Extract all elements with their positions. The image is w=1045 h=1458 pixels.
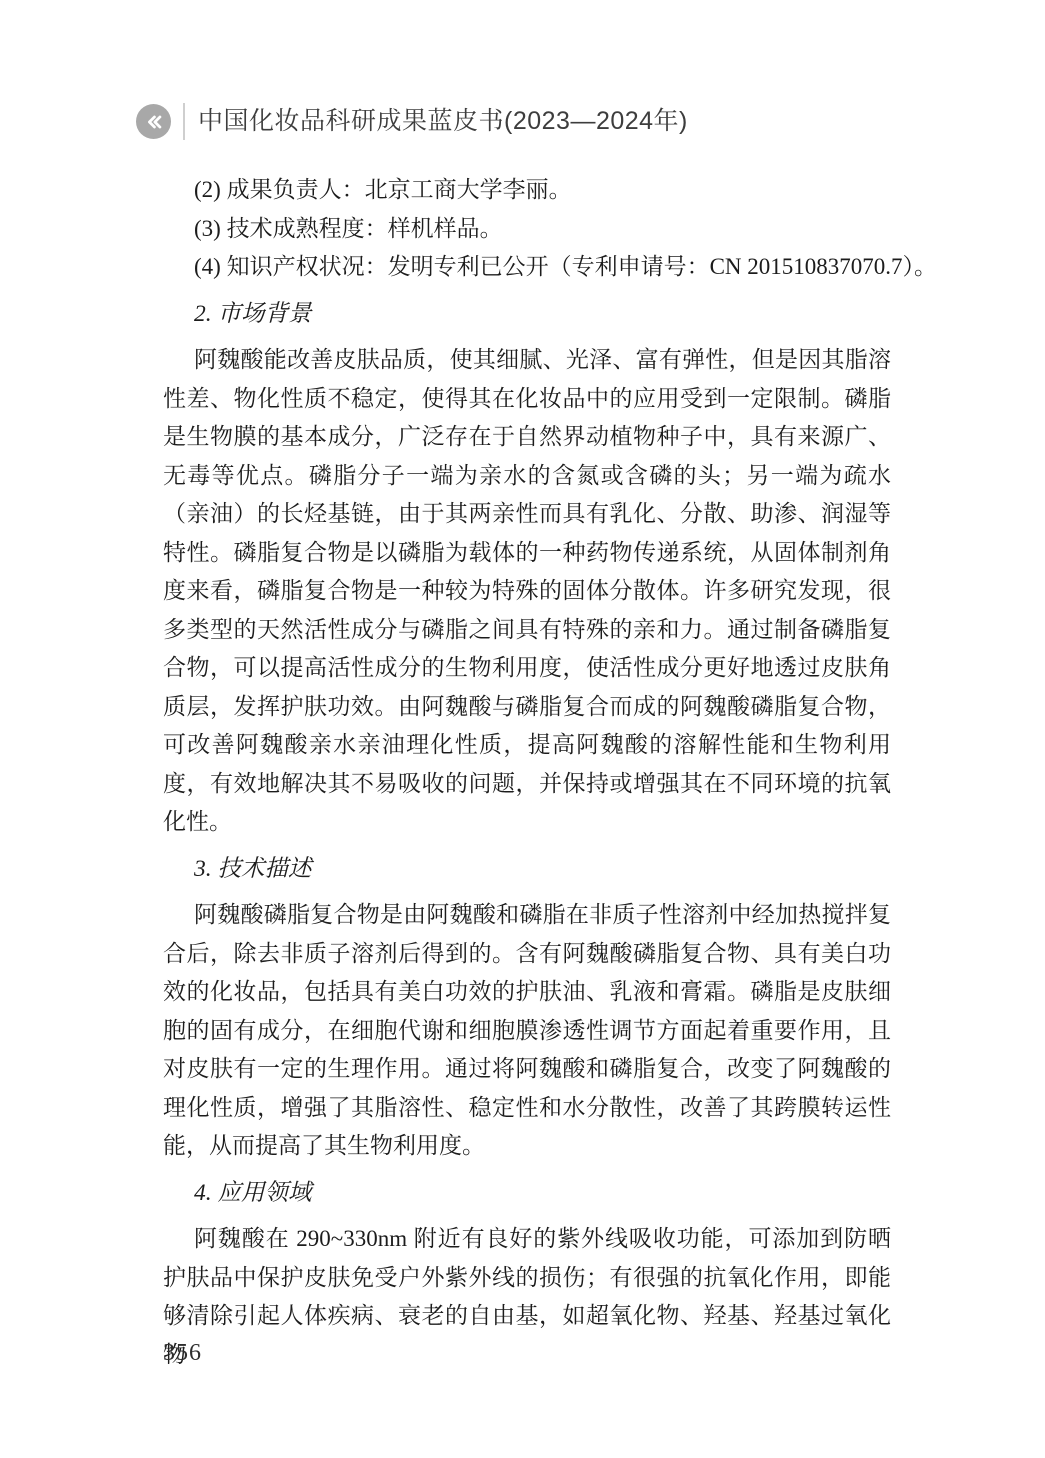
numbered-item-result-leader: (2) 成果负责人：北京工商大学李丽。 — [163, 171, 891, 210]
document-page: 中国化妆品科研成果蓝皮书(2023—2024年) (2) 成果负责人：北京工商大… — [0, 0, 1045, 1458]
page-content: (2) 成果负责人：北京工商大学李丽。 (3) 技术成熟程度：样机样品。 (4)… — [163, 171, 891, 1374]
paragraph-market-background: 阿魏酸能改善皮肤品质，使其细腻、光泽、富有弹性，但是因其脂溶性差、物化性质不稳定… — [163, 341, 891, 842]
section-heading-market-background: 2. 市场背景 — [163, 295, 891, 334]
running-header: 中国化妆品科研成果蓝皮书(2023—2024年) — [136, 103, 688, 140]
book-title: 中国化妆品科研成果蓝皮书(2023—2024年) — [198, 104, 688, 139]
paragraph-application-field: 阿魏酸在 290~330nm 附近有良好的紫外线吸收功能，可添加到防晒护肤品中保… — [163, 1220, 891, 1374]
numbered-item-maturity: (3) 技术成熟程度：样机样品。 — [163, 210, 891, 249]
double-chevron-left-icon — [136, 104, 171, 139]
header-divider — [183, 103, 185, 140]
numbered-item-ip-status: (4) 知识产权状况：发明专利已公开（专利申请号：CN 201510837070… — [163, 248, 891, 287]
page-footer: 356 — [163, 1340, 202, 1367]
section-heading-tech-description: 3. 技术描述 — [163, 850, 891, 889]
paragraph-tech-description: 阿魏酸磷脂复合物是由阿魏酸和磷脂在非质子性溶剂中经加热搅拌复合后，除去非质子溶剂… — [163, 896, 891, 1166]
page-number: 356 — [163, 1340, 202, 1366]
section-heading-application-field: 4. 应用领域 — [163, 1174, 891, 1213]
